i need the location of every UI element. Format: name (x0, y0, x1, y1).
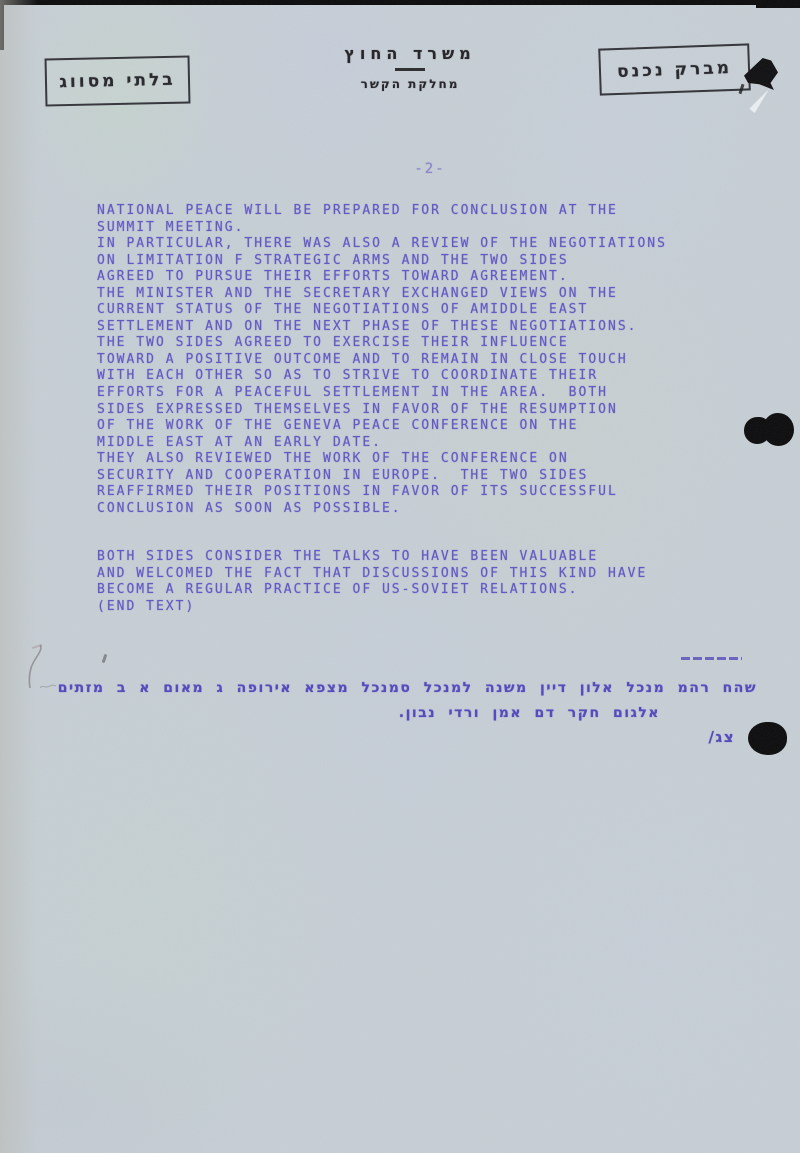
typewriter-line: THEY ALSO REVIEWED THE WORK OF THE CONFE… (97, 451, 667, 468)
distribution-list-line-2: אלגום חקר דם אמן ורדי נבון. (399, 705, 660, 721)
typewriter-line: CURRENT STATUS OF THE NEGOTIATIONS OF AM… (97, 302, 667, 319)
telegram-page: בלתי מסווג משרד החוץ מחלקת הקשר מברק נכנ… (0, 0, 800, 1153)
typewriter-line: ON LIMITATION F STRATEGIC ARMS AND THE T… (97, 253, 667, 270)
typewriter-line: (END TEXT) (97, 599, 647, 616)
dash-separator-icon (681, 657, 742, 660)
typewriter-line: BOTH SIDES CONSIDER THE TALKS TO HAVE BE… (97, 549, 647, 566)
scan-edge-top (0, 0, 800, 5)
typewriter-line: MIDDLE EAST AT AN EARLY DATE. (97, 435, 667, 452)
typewriter-line: THE MINISTER AND THE SECRETARY EXCHANGED… (97, 286, 667, 303)
ink-blot-highlight (749, 87, 772, 113)
typewriter-line: SUMMIT MEETING. (97, 220, 667, 237)
classification-stamp-label: בלתי מסווג (59, 70, 176, 92)
scan-edge-top-right (756, 0, 800, 8)
typewriter-line: THE TWO SIDES AGREED TO EXERCISE THEIR I… (97, 335, 667, 352)
punch-hole-icon (763, 413, 794, 446)
typewriter-line: WITH EACH OTHER SO AS TO STRIVE TO COORD… (97, 368, 667, 385)
typewriter-line: AGREED TO PURSUE THEIR EFFORTS TOWARD AG… (97, 269, 667, 286)
typewriter-line: OF THE WORK OF THE GENEVA PEACE CONFEREN… (97, 418, 667, 435)
typewriter-line: SECURITY AND COOPERATION IN EUROPE. THE … (97, 468, 667, 485)
incoming-telegram-stamp: מברק נכנס (598, 43, 751, 95)
typewriter-line: CONCLUSION AS SOON AS POSSIBLE. (97, 501, 667, 518)
punch-hole-icon (748, 722, 787, 755)
typewriter-line: BECOME A REGULAR PRACTICE OF US-SOVIET R… (97, 582, 647, 599)
typewriter-line: EFFORTS FOR A PEACEFUL SETTLEMENT IN THE… (97, 385, 667, 402)
typewriter-line: IN PARTICULAR, THERE WAS ALSO A REVIEW O… (97, 236, 667, 253)
typewriter-line: NATIONAL PEACE WILL BE PREPARED FOR CONC… (97, 203, 667, 220)
letterhead: משרד החוץ מחלקת הקשר (330, 44, 490, 91)
ministry-title: משרד החוץ (330, 44, 490, 63)
letterhead-rule (395, 68, 425, 71)
department-subtitle: מחלקת הקשר (330, 77, 490, 91)
typewriter-line: SIDES EXPRESSED THEMSELVES IN FAVOR OF T… (97, 402, 667, 419)
pencil-tick-mark (102, 654, 108, 663)
scan-edge-shadow (0, 0, 38, 1153)
telegram-body-paragraph-1: NATIONAL PEACE WILL BE PREPARED FOR CONC… (97, 203, 667, 517)
typist-initials: צג/ (709, 728, 735, 746)
typewriter-line: SETTLEMENT AND ON THE NEXT PHASE OF THES… (97, 319, 667, 336)
classification-stamp: בלתי מסווג (45, 55, 191, 106)
typewriter-line: AND WELCOMED THE FACT THAT DISCUSSIONS O… (97, 566, 647, 583)
pencil-squiggle-mark (38, 680, 58, 692)
telegram-body-paragraph-2: BOTH SIDES CONSIDER THE TALKS TO HAVE BE… (97, 549, 647, 615)
incoming-telegram-stamp-label: מברק נכנס (617, 58, 733, 82)
typewriter-line: REAFFIRMED THEIR POSITIONS IN FAVOR OF I… (97, 484, 667, 501)
distribution-list-line-1: שהח רהמ מנכל אלון דיין משנה למנכל סמנכל … (58, 680, 757, 696)
page-number: -2- (385, 161, 475, 177)
typewriter-line: TOWARD A POSITIVE OUTCOME AND TO REMAIN … (97, 352, 667, 369)
